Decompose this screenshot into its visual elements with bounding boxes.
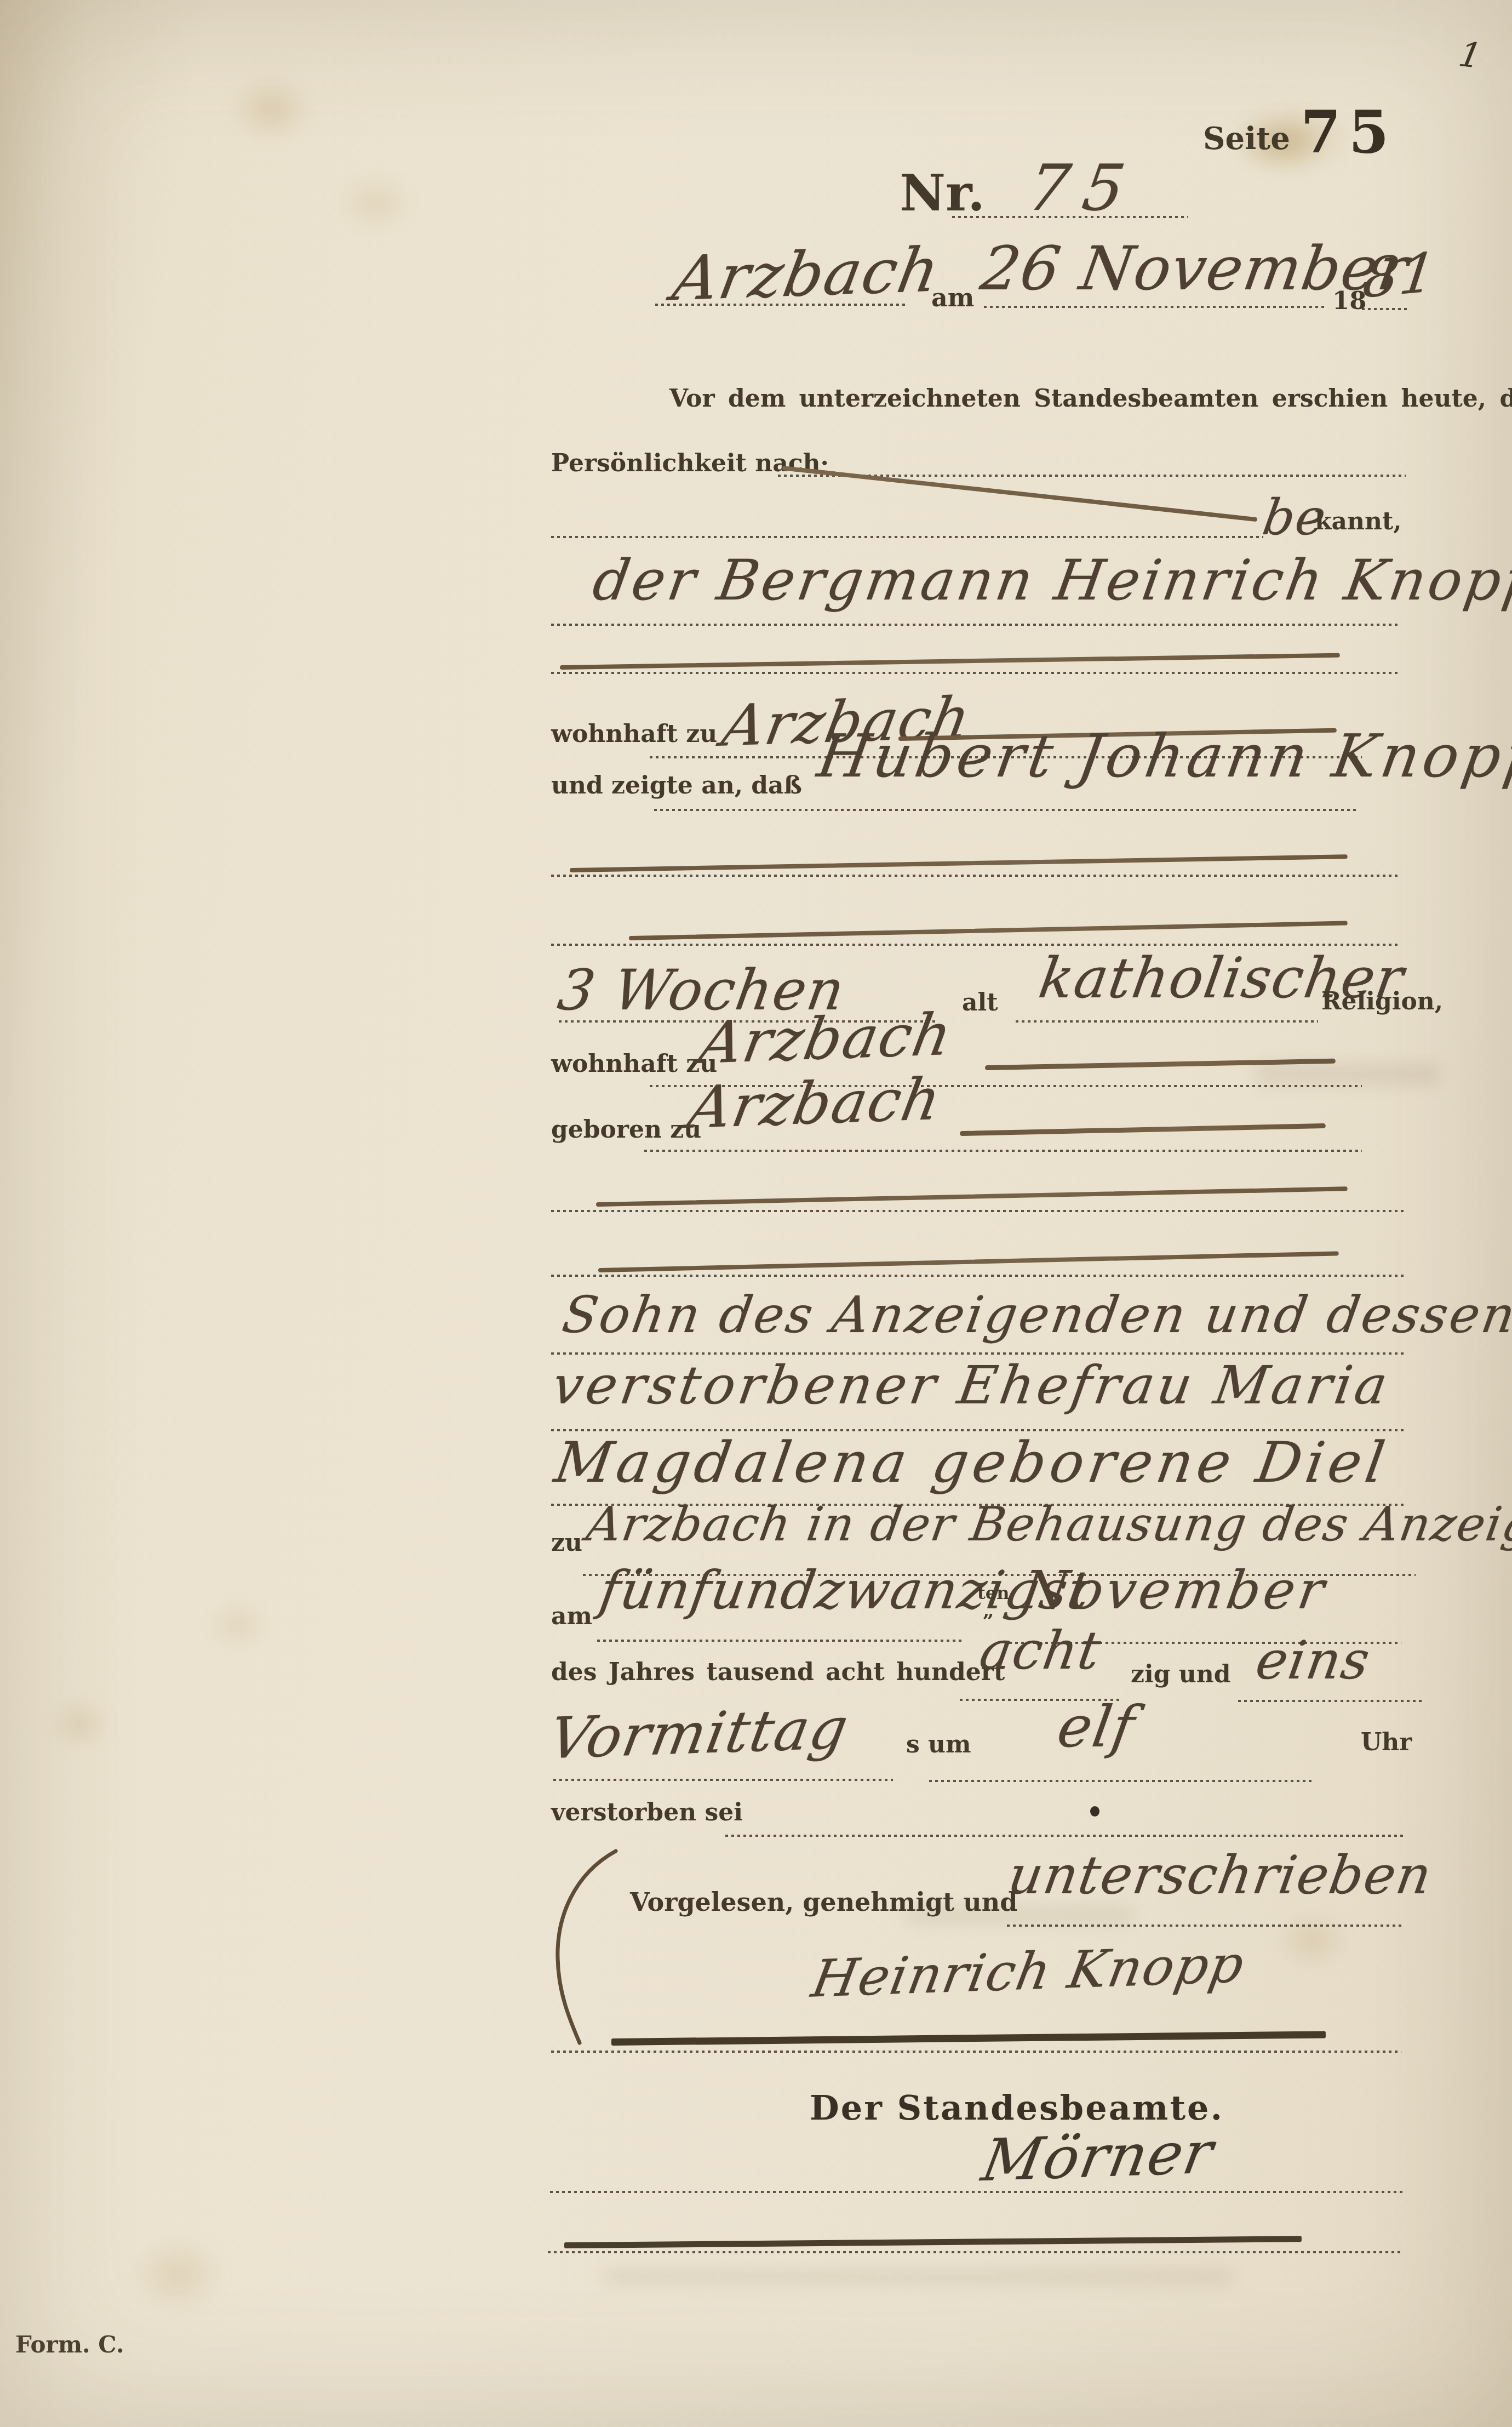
deceased-name-entry: Hubert Johann Knopp [813, 722, 1512, 791]
dotted-line [644, 1149, 1362, 1152]
am-label: am [931, 283, 974, 312]
zig-und-label: zig und [1131, 1660, 1231, 1688]
paper-stain [1276, 1912, 1348, 1967]
geboren-label: geboren zu [551, 1116, 701, 1144]
dotted-line [551, 2049, 1401, 2053]
dotted-line [551, 1209, 1406, 1212]
ink-bleedthrough [603, 2269, 1233, 2285]
dotted-line [551, 873, 1400, 877]
paper-stain [49, 1699, 110, 1748]
dotted-line [551, 671, 1400, 674]
dotted-line [1007, 1923, 1405, 1927]
year-phrase-label: des Jahres tausend acht hundert [551, 1658, 1005, 1686]
paper-stain [230, 77, 312, 142]
zeigte-an-label: und zeigte an, daß [551, 772, 802, 800]
seite-label: Seite [1203, 121, 1290, 157]
death-record-line-1: Sohn des Anzeigenden und dessen [559, 1286, 1512, 1344]
paper-stain [340, 175, 411, 230]
ink-strike [629, 921, 1348, 940]
dotted-line [551, 535, 1263, 538]
registrar-signature: Mörner [977, 2119, 1219, 2194]
paper-stain [208, 1600, 268, 1649]
time-of-day-entry: Vormittag [544, 1695, 854, 1772]
dotted-line [597, 1638, 964, 1642]
dotted-line [725, 1834, 1404, 1837]
ink-strike [570, 854, 1348, 872]
dotted-line [984, 305, 1325, 308]
ink-flourish [546, 1846, 633, 2054]
ink-strike-heavy [564, 2236, 1302, 2248]
deceased-residence-entry: Arzbach [695, 1001, 958, 1077]
alt-label: alt [962, 989, 998, 1017]
dotted-line [1362, 307, 1410, 310]
wohnhaft-label-1: wohnhaft zu [551, 720, 717, 748]
ink-strike [596, 1186, 1348, 1207]
dotted-line [553, 1778, 893, 1781]
dotted-line [655, 302, 906, 306]
dotted-line [1016, 1019, 1318, 1023]
death-record-line-3: Magdalena geborene Diel [551, 1430, 1394, 1495]
religion-label: Religion, [1321, 987, 1443, 1015]
intro-line-1: Vor dem unterzeichneten Standesbeamten e… [669, 385, 1512, 413]
kannt-label: kannt, [1315, 507, 1402, 535]
death-record-line-4: Arzbach in der Behausung des Anzeigenden [583, 1497, 1512, 1552]
dotted-line [551, 1274, 1406, 1277]
dotted-line [929, 1779, 1314, 1782]
page-vignette [0, 0, 1512, 2427]
unterschrieben-entry: unterschrieben [1004, 1844, 1436, 1906]
dotted-line [550, 2190, 1404, 2193]
ink-dot [1090, 1806, 1099, 1817]
ink-strike-heavy [611, 2031, 1326, 2046]
record-number-label: Nr. [900, 163, 985, 222]
year-ones-entry: eins [1252, 1630, 1374, 1691]
declarant-name-entry: der Bergmann Heinrich Knopp [589, 548, 1512, 613]
death-register-page: 1 Seite 75 Nr. 75 Arzbach am 26 November… [0, 0, 1512, 2427]
zu-label: zu [551, 1529, 582, 1557]
page-number: 75 [1301, 98, 1397, 166]
death-record-line-2: verstorbener Ehefrau Maria [548, 1355, 1395, 1416]
dotted-line [551, 623, 1400, 626]
ten-suffix-submark: „ [983, 1599, 994, 1622]
ink-strike [560, 653, 1340, 670]
ink-strike [960, 1123, 1326, 1136]
dotted-line [654, 808, 1356, 811]
vorgelesen-label: Vorgelesen, genehmigt und [630, 1887, 1017, 1917]
am-label-2: am [551, 1602, 592, 1630]
ink-strike [985, 1059, 1336, 1070]
form-label: Form. C. [15, 2331, 124, 2358]
death-month-entry: November [1017, 1560, 1332, 1621]
birthplace-entry: Arzbach [684, 1065, 947, 1141]
year-tens-entry: acht [976, 1620, 1106, 1681]
corner-mark: 1 [1456, 34, 1486, 77]
dotted-line [1238, 1699, 1422, 1702]
dotted-line [548, 2250, 1402, 2253]
ink-strike [598, 1251, 1339, 1272]
uhr-label: Uhr [1361, 1728, 1412, 1756]
s-um-label: s um [906, 1731, 971, 1758]
wohnhaft-label-2: wohnhaft zu [551, 1050, 717, 1078]
dotted-line [952, 215, 1188, 218]
ink-bleedthrough [1255, 1063, 1441, 1085]
hour-entry: elf [1053, 1693, 1140, 1760]
record-number-value: 75 [1023, 151, 1144, 225]
year-entry: 81 [1360, 241, 1441, 311]
closing-phrase-label: verstorben sei [551, 1798, 743, 1826]
paper-stain [131, 2236, 225, 2312]
declarant-signature: Heinrich Knopp [807, 1934, 1250, 2009]
